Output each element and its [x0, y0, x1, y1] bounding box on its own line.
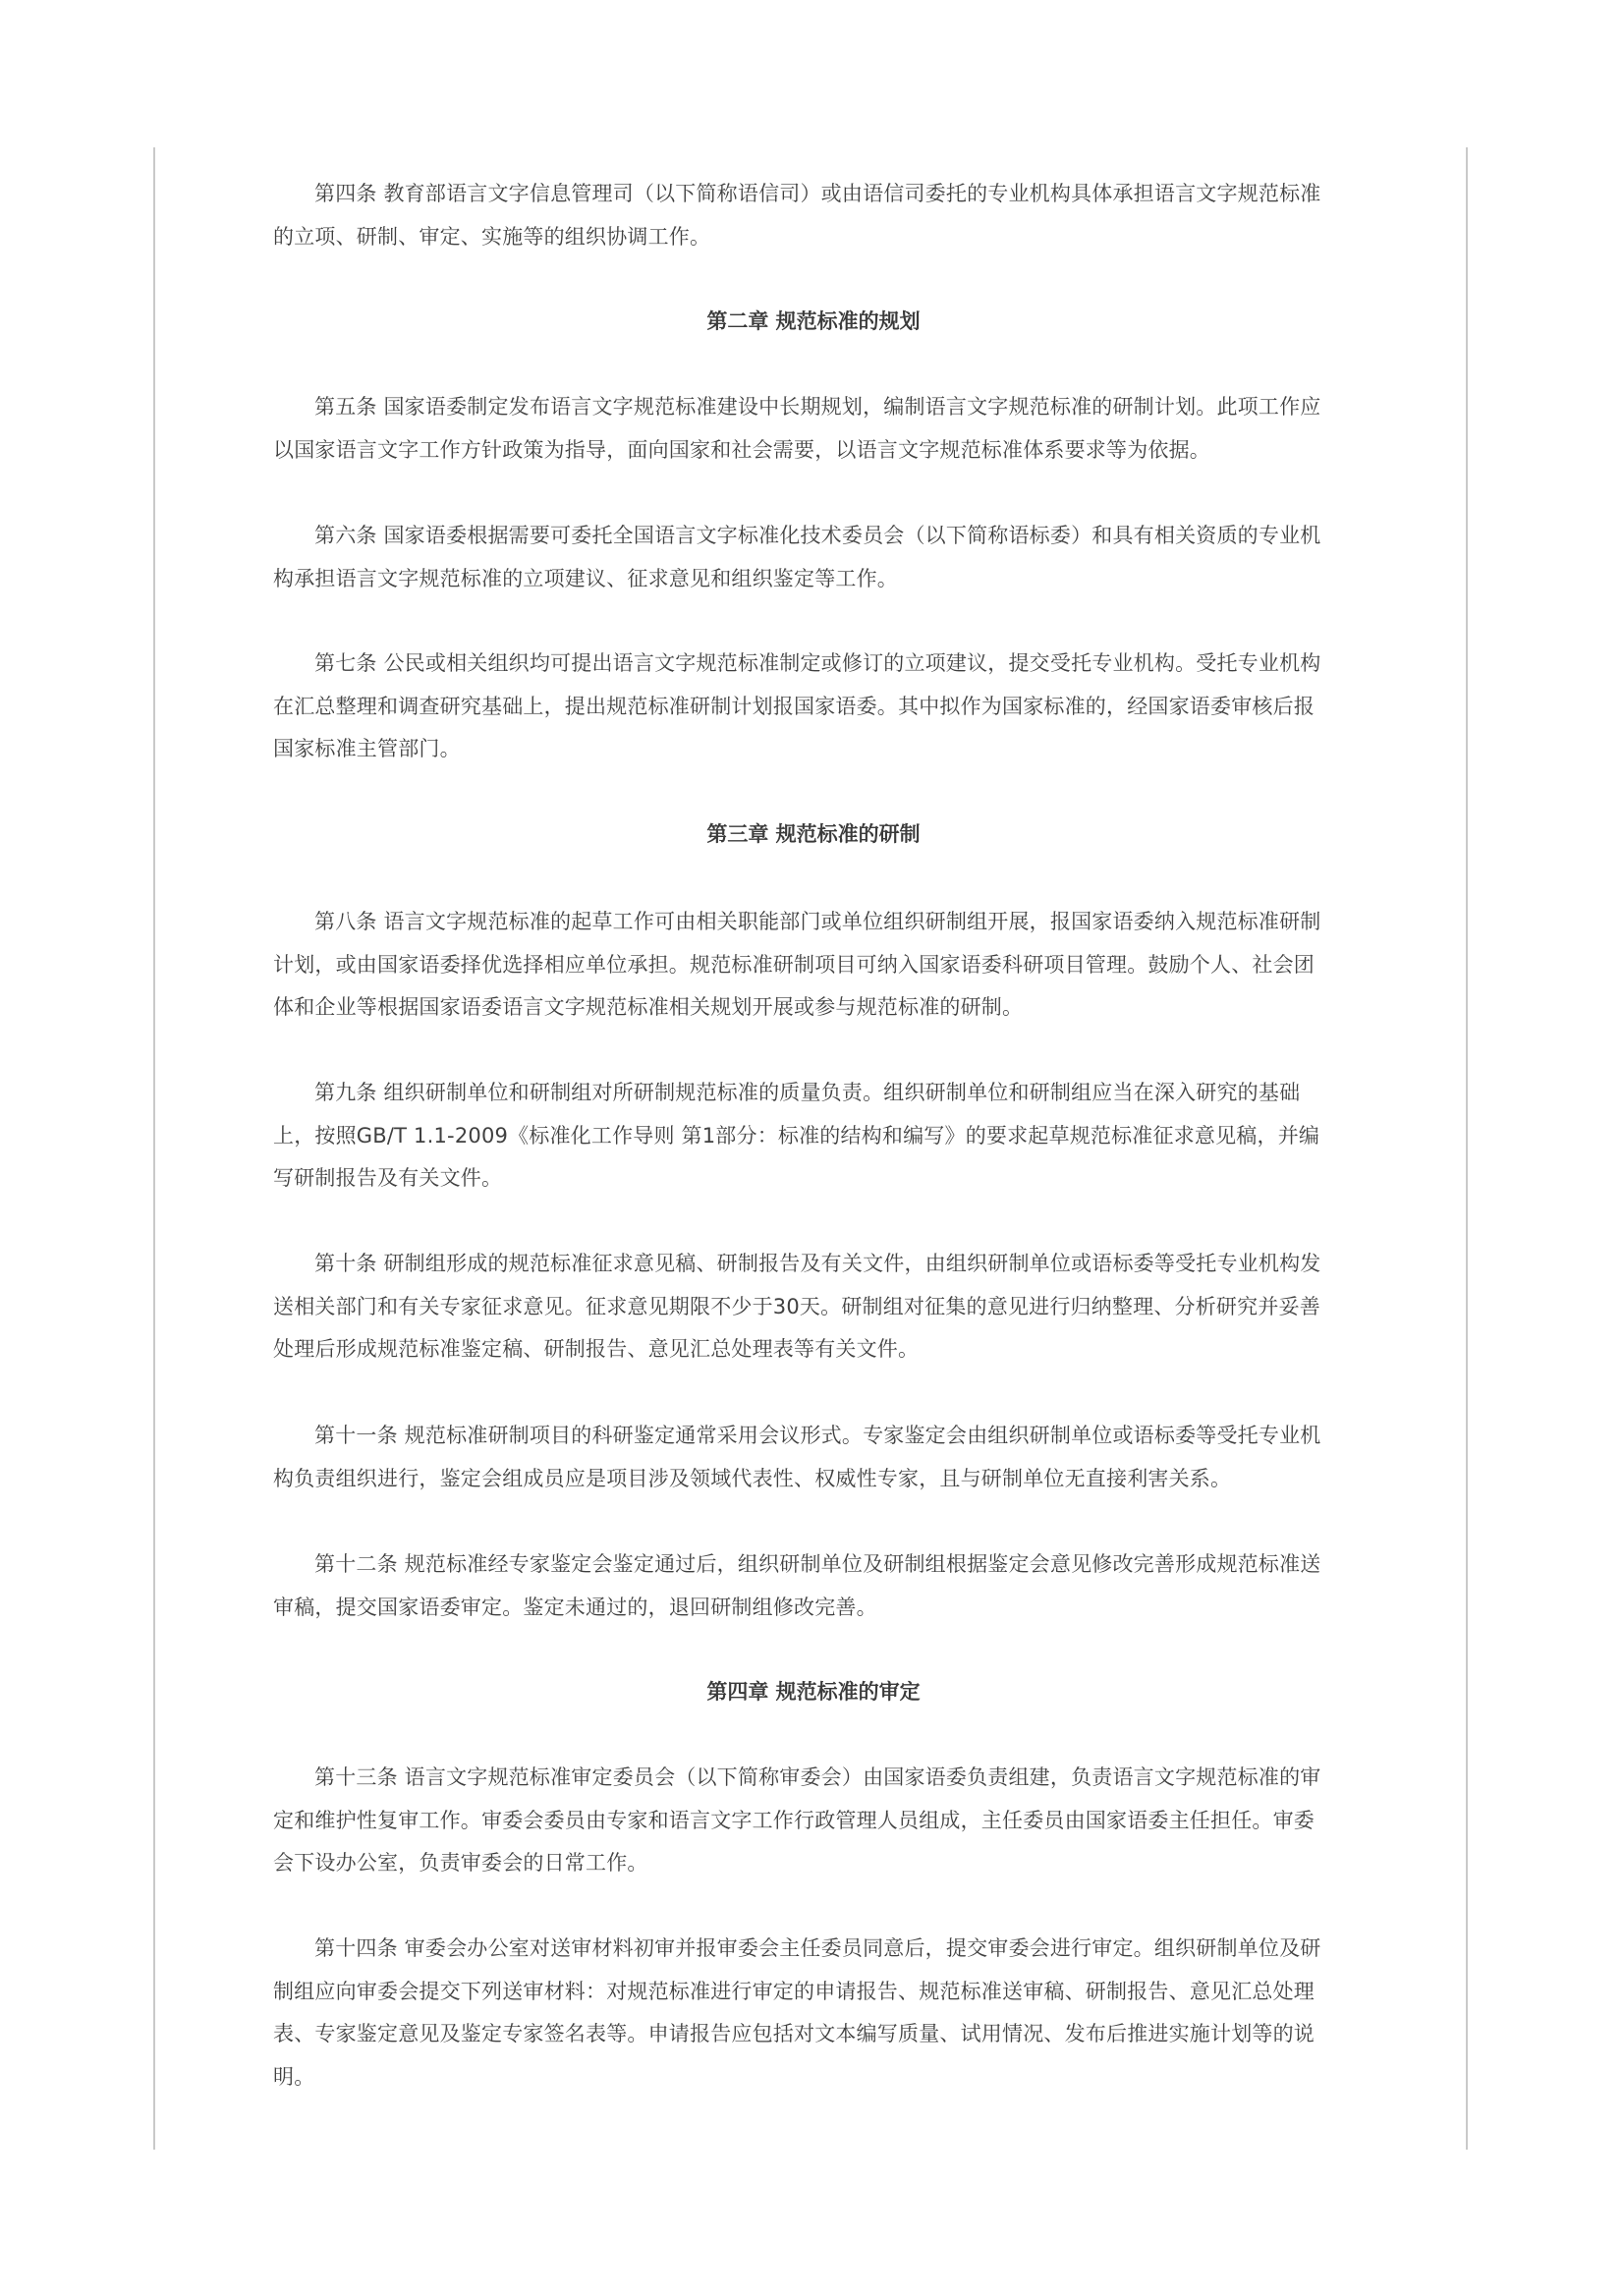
paragraph-line: 第十二条 规范标准经专家鉴定会鉴定通过后，组织研制单位及研制组根据鉴定会意见修改…	[314, 1542, 1320, 1586]
paragraph-line: 送相关部门和有关专家征求意见。征求意见期限不少于30天。研制组对征集的意见进行归…	[273, 1285, 1320, 1328]
paragraph-line: 第十条 研制组形成的规范标准征求意见稿、研制报告及有关文件，由组织研制单位或语标…	[314, 1242, 1320, 1285]
paragraph-line: 会下设办公室，负责审委会的日常工作。	[273, 1841, 648, 1884]
paragraph-line: 第十四条 审委会办公室对送审材料初审并报审委会主任委员同意后，提交审委会进行审定…	[314, 1927, 1320, 1970]
chapter-heading: 第三章 规范标准的研制	[273, 812, 1354, 856]
paragraph-line: 国家标准主管部门。	[273, 727, 461, 770]
paragraph-line: 第十一条 规范标准研制项目的科研鉴定通常采用会议形式。专家鉴定会由组织研制单位或…	[314, 1414, 1320, 1457]
paragraph-line: 明。	[273, 2055, 314, 2099]
chapter-heading: 第四章 规范标准的审定	[273, 1670, 1354, 1713]
paragraph-line: 第九条 组织研制单位和研制组对所研制规范标准的质量负责。组织研制单位和研制组应当…	[314, 1071, 1300, 1114]
paragraph-line: 定和维护性复审工作。审委会委员由专家和语言文字工作行政管理人员组成，主任委员由国…	[273, 1799, 1315, 1842]
paragraph-line: 体和企业等根据国家语委语言文字规范标准相关规划开展或参与规范标准的研制。	[273, 985, 1023, 1029]
paragraph-line: 处理后形成规范标准鉴定稿、研制报告、意见汇总处理表等有关文件。	[273, 1327, 919, 1371]
paragraph-line: 以国家语言文字工作方针政策为指导，面向国家和社会需要，以语言文字规范标准体系要求…	[273, 428, 1210, 472]
paragraph-line: 第十三条 语言文字规范标准审定委员会（以下简称审委会）由国家语委负责组建，负责语…	[314, 1756, 1320, 1799]
paragraph-line: 在汇总整理和调查研究基础上，提出规范标准研制计划报国家语委。其中拟作为国家标准的…	[273, 685, 1315, 728]
paragraph-line: 第八条 语言文字规范标准的起草工作可由相关职能部门或单位组织研制组开展，报国家语…	[314, 900, 1320, 943]
paragraph-line: 写研制报告及有关文件。	[273, 1156, 502, 1200]
paragraph-line: 构负责组织进行，鉴定会组成员应是项目涉及领域代表性、权威性专家，且与研制单位无直…	[273, 1457, 1231, 1500]
paragraph-line: 第六条 国家语委根据需要可委托全国语言文字标准化技术委员会（以下简称语标委）和具…	[314, 514, 1320, 557]
paragraph-line: 表、专家鉴定意见及鉴定专家签名表等。申请报告应包括对文本编写质量、试用情况、发布…	[273, 2012, 1315, 2055]
chapter-heading: 第二章 规范标准的规划	[273, 300, 1354, 343]
paragraph-line: 第五条 国家语委制定发布语言文字规范标准建设中长期规划，编制语言文字规范标准的研…	[314, 385, 1320, 428]
paragraph-line: 制组应向审委会提交下列送审材料：对规范标准进行审定的申请报告、规范标准送审稿、研…	[273, 1970, 1315, 2013]
paragraph-line: 第四条 教育部语言文字信息管理司（以下简称语信司）或由语信司委托的专业机构具体承…	[314, 172, 1320, 215]
paragraph-line: 计划，或由国家语委择优选择相应单位承担。规范标准研制项目可纳入国家语委科研项目管…	[273, 943, 1315, 986]
paragraph-line: 第七条 公民或相关组织均可提出语言文字规范标准制定或修订的立项建议，提交受托专业…	[314, 642, 1320, 685]
paragraph-line: 的立项、研制、审定、实施等的组织协调工作。	[273, 215, 710, 258]
paragraph-line: 构承担语言文字规范标准的立项建议、征求意见和组织鉴定等工作。	[273, 557, 898, 600]
paragraph-line: 上，按照GB/T 1.1-2009《标准化工作导则 第1部分：标准的结构和编写》…	[273, 1114, 1319, 1157]
paragraph-line: 审稿，提交国家语委审定。鉴定未通过的，退回研制组修改完善。	[273, 1586, 877, 1629]
